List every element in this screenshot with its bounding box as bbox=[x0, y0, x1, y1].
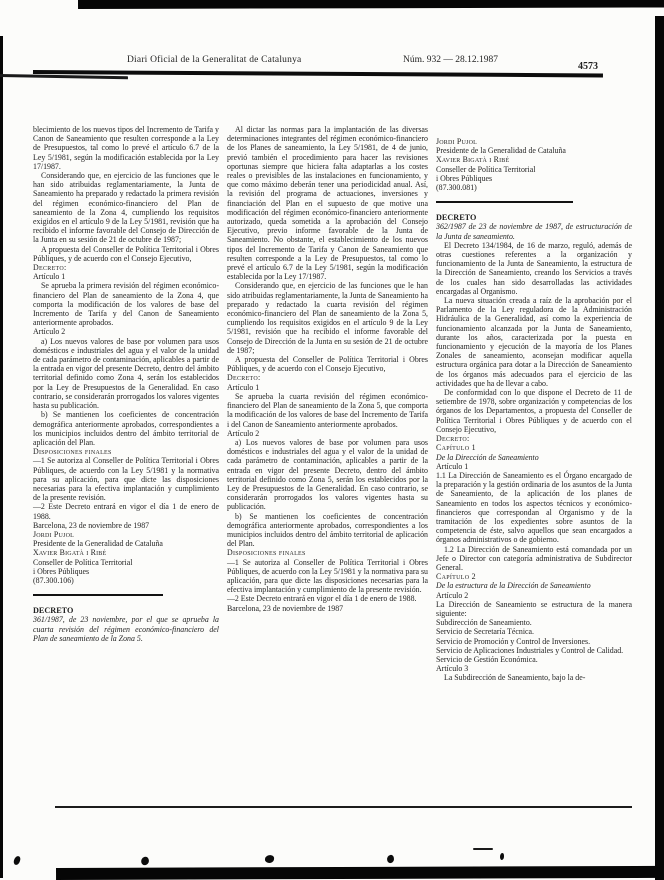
signature-role: i Obres Públiques bbox=[33, 567, 219, 576]
paragraph: El Decreto 134/1984, de 16 de marzo, reg… bbox=[436, 241, 632, 296]
section-heading: Decreto: bbox=[33, 263, 219, 272]
paragraph: 1.1 La Dirección de Saneamiento es el Ór… bbox=[436, 471, 632, 545]
decree-description: 362/1987 de 23 de noviembre de 1987, de … bbox=[436, 222, 632, 240]
paragraph: —1 Se autoriza al Conseller de Política … bbox=[33, 456, 219, 502]
ink-mark bbox=[473, 848, 493, 850]
column-right: Jordi PujolPresidente de la Generalidad … bbox=[436, 125, 632, 683]
section-heading: Decreto: bbox=[227, 373, 428, 382]
ink-mark bbox=[500, 853, 504, 860]
column-left: blecimiento de los nuevos tipos del Incr… bbox=[33, 125, 219, 643]
scan-edge-right bbox=[655, 16, 664, 880]
header-rule-smudge bbox=[0, 74, 128, 79]
scan-edge-left bbox=[0, 36, 3, 878]
decree-description: 361/1987, de 23 noviembre, por el que se… bbox=[33, 615, 219, 643]
paragraph: b) Se mantienen los coeficientes de conc… bbox=[33, 410, 219, 447]
paragraph: Al dictar las normas para la implantació… bbox=[227, 125, 428, 281]
article-heading: Artículo 2 bbox=[33, 327, 219, 336]
gazette-page: Diari Oficial de la Generalitat de Catal… bbox=[0, 0, 664, 880]
signature-name: Xavier Bigatà i Ribé bbox=[33, 548, 219, 557]
chapter-subtitle: De la Dirección de Saneamiento bbox=[436, 453, 632, 462]
paragraph: De conformidad con lo que dispone el Dec… bbox=[436, 388, 632, 434]
page-number: 4573 bbox=[578, 61, 598, 72]
dateline: Barcelona, 23 de noviembre de 1987 bbox=[33, 521, 219, 530]
ink-mark bbox=[264, 854, 274, 863]
article-heading: Artículo 2 bbox=[436, 591, 632, 600]
article-heading: Artículo 1 bbox=[436, 462, 632, 471]
signature-name: Jordi Pujol bbox=[33, 530, 219, 539]
separator-rule bbox=[33, 594, 163, 596]
paragraph: a) Los nuevos valores de base por volume… bbox=[227, 438, 428, 512]
paragraph: A propuesta del Conseller de Política Te… bbox=[33, 245, 219, 263]
decree-title: DECRETO bbox=[33, 606, 219, 615]
article-heading: Artículo 1 bbox=[33, 272, 219, 281]
paragraph: A propuesta del Conseller de Política Te… bbox=[227, 355, 428, 373]
org-list-line: Servicio de Promoción y Control de Inver… bbox=[436, 637, 632, 646]
section-heading: Disposiciones finales bbox=[227, 548, 428, 557]
paragraph: a) Los nuevos valores de base por volume… bbox=[33, 337, 219, 411]
article-heading: Artículo 3 bbox=[436, 664, 632, 673]
paragraph: blecimiento de los nuevos tipos del Incr… bbox=[33, 125, 219, 171]
paragraph: Se aprueba la primera revisión del régim… bbox=[33, 281, 219, 327]
publication-ref: (87.300.081) bbox=[436, 183, 632, 192]
paragraph: —1 Se autoriza al Conseller de Política … bbox=[227, 558, 428, 595]
footer-rule bbox=[55, 806, 632, 808]
chapter-subtitle: De la estructura de la Dirección de Sane… bbox=[436, 581, 632, 590]
journal-title: Diari Oficial de la Generalitat de Catal… bbox=[127, 55, 301, 65]
signature-role: Conseller de Política Territorial bbox=[436, 165, 632, 174]
paragraph: b) Se mantienen los coeficientes de conc… bbox=[227, 512, 428, 549]
signature-role: Conseller de Política Territorial bbox=[33, 558, 219, 567]
paragraph: Se aprueba la cuarta revisión del régime… bbox=[227, 392, 428, 429]
section-heading: Capítulo 1 bbox=[436, 443, 632, 452]
org-list-line: Servicio de Secretaría Técnica. bbox=[436, 627, 632, 636]
decree-title: DECRETO bbox=[436, 213, 632, 222]
org-list-line: Servicio de Aplicaciones Industriales y … bbox=[436, 646, 632, 655]
ink-mark bbox=[13, 855, 21, 865]
publication-ref: (87.300.106) bbox=[33, 576, 219, 585]
column-middle: Al dictar las normas para la implantació… bbox=[227, 125, 428, 613]
section-heading: Disposiciones finales bbox=[33, 447, 219, 456]
paragraph: La nueva situación creada a raíz de la a… bbox=[436, 296, 632, 388]
org-list-line: Subdirección de Saneamiento. bbox=[436, 618, 632, 627]
scan-edge-bottom bbox=[56, 866, 664, 880]
paragraph: La Dirección de Saneamiento se estructur… bbox=[436, 600, 632, 618]
signature-role: Presidente de la Generalidad de Cataluña bbox=[436, 146, 632, 155]
section-heading: Capítulo 2 bbox=[436, 572, 632, 581]
dateline: Barcelona, 23 de noviembre de 1987 bbox=[227, 604, 428, 613]
scan-edge-top bbox=[78, 0, 664, 9]
paragraph: 1.2 La Dirección de Saneamiento está com… bbox=[436, 545, 632, 573]
section-heading: Decreto: bbox=[436, 434, 632, 443]
ink-mark bbox=[140, 856, 150, 866]
paragraph: Considerando que, en ejercicio de las fu… bbox=[227, 281, 428, 355]
org-list-line: Servicio de Gestión Económica. bbox=[436, 655, 632, 664]
separator-rule bbox=[436, 201, 573, 203]
paragraph: —2 Este Decreto entrará en vigor el día … bbox=[33, 502, 219, 520]
article-heading: Artículo 1 bbox=[227, 383, 428, 392]
signature-role: i Obres Públiques bbox=[436, 174, 632, 183]
signature-role: Presidente de la Generalidad de Cataluña bbox=[33, 539, 219, 548]
issue-number: Núm. 932 — 28.12.1987 bbox=[403, 55, 498, 65]
signature-name: Jordi Pujol bbox=[436, 137, 632, 146]
paragraph: —2 Este Decreto entrará en vigor el día … bbox=[227, 594, 428, 603]
signature-name: Xavier Bigatà i Ribé bbox=[436, 155, 632, 164]
ink-mark bbox=[386, 854, 394, 863]
paragraph: La Subdirección de Saneamiento, bajo la … bbox=[436, 673, 632, 682]
article-heading: Artículo 2 bbox=[227, 429, 428, 438]
paragraph: Considerando que, en ejercicio de las fu… bbox=[33, 171, 219, 245]
